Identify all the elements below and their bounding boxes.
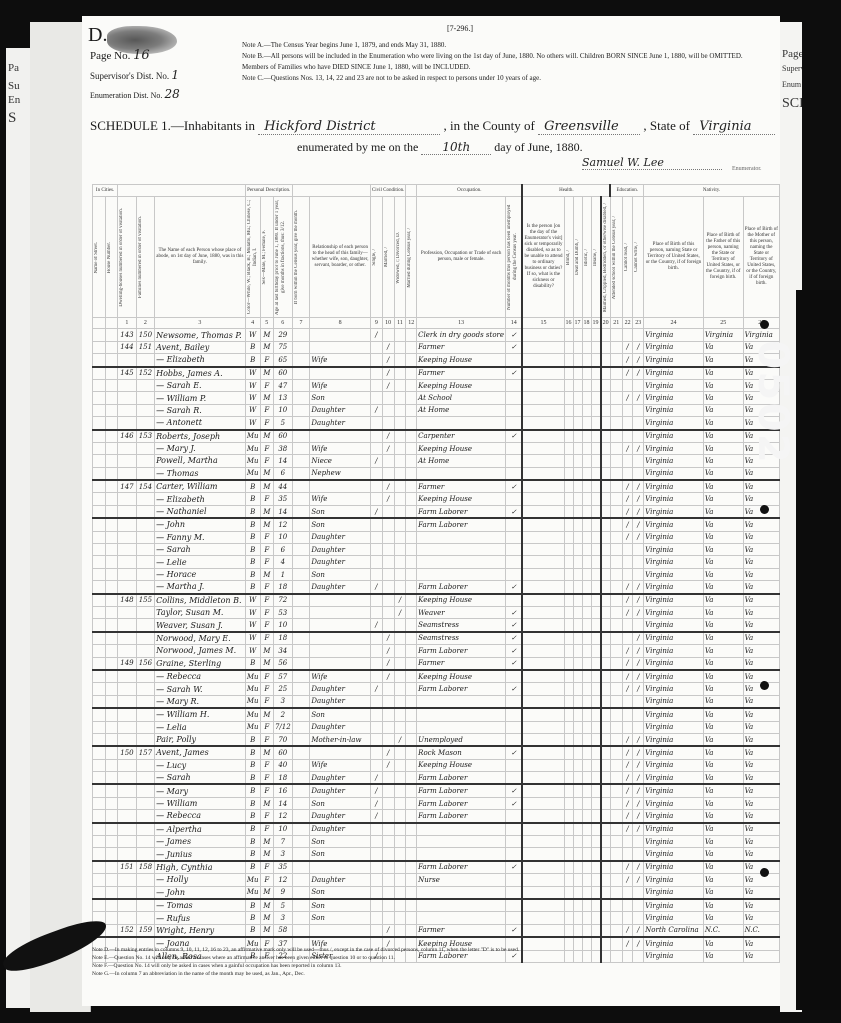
empty-cell	[105, 518, 118, 531]
cell-c11	[394, 544, 406, 556]
cell-c23	[633, 556, 644, 568]
cell-age: 65	[273, 354, 292, 367]
empty-cell	[105, 544, 118, 556]
empty-cell	[522, 379, 564, 391]
cell-sex: F	[260, 606, 273, 618]
empty-cell	[582, 417, 591, 430]
empty-cell	[105, 594, 118, 607]
cell-c23	[633, 329, 644, 341]
cell-b: Virginia	[644, 379, 704, 391]
cell-c11	[394, 784, 406, 797]
cell-bm: Va	[743, 721, 779, 733]
cell-age: 29	[273, 329, 292, 341]
cell-dw: 152	[118, 924, 136, 937]
cell-name: — Sarah	[155, 772, 246, 785]
cell-name: Wright, Henry	[155, 924, 246, 937]
empty-cell	[573, 606, 582, 618]
cell-b: Virginia	[644, 810, 704, 823]
cell-b: Virginia	[644, 848, 704, 861]
empty-cell	[573, 657, 582, 670]
cell-bf: Va	[703, 772, 743, 785]
empty-cell	[406, 657, 417, 670]
empty-cell	[573, 505, 582, 518]
cell-sex: M	[260, 924, 273, 937]
cell-dw	[118, 772, 136, 785]
empty-cell	[591, 581, 601, 594]
cell-c11	[394, 683, 406, 695]
cell-c9: /	[370, 619, 382, 632]
column-number	[93, 318, 106, 329]
cell-name: — Sarah	[155, 544, 246, 556]
cell-fam	[136, 899, 154, 912]
empty-cell	[522, 797, 564, 809]
cell-fam	[136, 810, 154, 823]
cell-bm: Va	[743, 886, 779, 899]
empty-cell	[610, 379, 622, 391]
empty-cell	[406, 379, 417, 391]
cell-name: — Rufus	[155, 912, 246, 924]
empty-cell	[591, 695, 601, 708]
empty-cell	[573, 493, 582, 505]
cell-c23: /	[633, 518, 644, 531]
cell-bm: Va	[743, 695, 779, 708]
cell-fam	[136, 404, 154, 416]
cell-color: B	[245, 556, 260, 568]
cell-c10: /	[382, 379, 394, 391]
cell-bf: Va	[703, 493, 743, 505]
table-row: Weaver, Susan J.WF10/Seamstress✓Virginia…	[93, 619, 780, 632]
empty-cell	[93, 329, 106, 341]
cell-c9	[370, 670, 382, 683]
empty-cell	[105, 772, 118, 785]
empty-cell	[591, 354, 601, 367]
cell-age: 3	[273, 695, 292, 708]
empty-cell	[573, 733, 582, 746]
cell-c14: ✓	[506, 505, 523, 518]
cell-name: Graine, Sterling	[155, 657, 246, 670]
cell-occ: Farm Laborer	[417, 797, 506, 809]
empty-cell	[93, 874, 106, 886]
left-peek-text: S	[8, 110, 16, 127]
cell-sex: F	[260, 874, 273, 886]
empty-cell	[292, 531, 310, 543]
empty-cell	[406, 861, 417, 874]
empty-cell	[601, 708, 611, 721]
cell-c9: /	[370, 581, 382, 594]
empty-cell	[601, 480, 611, 493]
empty-cell	[522, 354, 564, 367]
cell-name: — Tomas	[155, 899, 246, 912]
empty-cell	[582, 404, 591, 416]
cell-c23: /	[633, 392, 644, 404]
empty-cell	[564, 329, 573, 341]
empty-cell	[591, 341, 601, 353]
cell-age: 13	[273, 392, 292, 404]
cell-c14: ✓	[506, 746, 523, 759]
cell-b: Virginia	[644, 861, 704, 874]
cell-sex: M	[260, 746, 273, 759]
cell-c22: /	[622, 392, 633, 404]
empty-cell	[292, 379, 310, 391]
cell-sex: F	[260, 442, 273, 454]
cell-c10: /	[382, 645, 394, 657]
note-c: Note C.—Questions Nos. 13, 14, 22 and 23…	[242, 73, 762, 84]
cell-c10: /	[382, 632, 394, 645]
cell-color: B	[245, 759, 260, 771]
empty-cell	[582, 556, 591, 568]
empty-cell	[292, 392, 310, 404]
cell-dw: 144	[118, 341, 136, 353]
cell-c22: /	[622, 759, 633, 771]
cell-dw	[118, 708, 136, 721]
column-header: Idiotic, /	[582, 197, 591, 318]
empty-cell	[406, 683, 417, 695]
cell-occ	[417, 695, 506, 708]
cell-age: 18	[273, 772, 292, 785]
cell-c9	[370, 531, 382, 543]
cell-bf: Va	[703, 695, 743, 708]
empty-cell	[105, 683, 118, 695]
empty-cell	[93, 379, 106, 391]
empty-cell	[591, 683, 601, 695]
schedule-title: SCHEDULE 1.—Inhabitants in Hickford Dist…	[90, 118, 775, 135]
cell-c23	[633, 430, 644, 443]
table-row: — MaryBF16Daughter/Farm Laborer✓//Virgin…	[93, 784, 780, 797]
empty-cell	[406, 354, 417, 367]
cell-c10	[382, 810, 394, 823]
cell-sex: M	[260, 467, 273, 480]
empty-cell	[591, 708, 601, 721]
empty-cell	[610, 797, 622, 809]
cell-age: 35	[273, 493, 292, 505]
cell-bf: Va	[703, 354, 743, 367]
cell-c14	[506, 442, 523, 454]
cell-c10	[382, 518, 394, 531]
cell-bf: Va	[703, 733, 743, 746]
empty-cell	[591, 912, 601, 924]
table-row: — Martha J.BF18Daughter/Farm Laborer✓//V…	[93, 581, 780, 594]
column-number: 12	[406, 318, 417, 329]
empty-cell	[105, 733, 118, 746]
empty-cell	[582, 924, 591, 937]
empty-cell	[522, 645, 564, 657]
cell-fam	[136, 442, 154, 454]
empty-cell	[93, 784, 106, 797]
cell-c11	[394, 430, 406, 443]
cell-color: Mu	[245, 683, 260, 695]
reel-number: 0502	[749, 340, 798, 465]
empty-cell	[582, 341, 591, 353]
column-header: Profession, Occupation or Trade of each …	[417, 197, 506, 318]
empty-cell	[591, 367, 601, 380]
cell-name: Norwood, Mary E.	[155, 632, 246, 645]
cell-c23: /	[633, 861, 644, 874]
cell-c9: /	[370, 683, 382, 695]
empty-cell	[105, 836, 118, 848]
group-header-nativity: Nativity.	[644, 185, 780, 197]
cell-color: Mu	[245, 455, 260, 467]
cell-fam: 155	[136, 594, 154, 607]
table-row: — William H.MuM2SonVirginiaVaVa	[93, 708, 780, 721]
cell-c11	[394, 797, 406, 809]
cell-bm: Va	[743, 544, 779, 556]
cell-rel	[310, 645, 371, 657]
cell-b: Virginia	[644, 430, 704, 443]
cell-age: 14	[273, 797, 292, 809]
cell-age: 53	[273, 606, 292, 618]
cell-c22: /	[622, 531, 633, 543]
cell-b: Virginia	[644, 467, 704, 480]
cell-bf: Va	[703, 392, 743, 404]
table-row: — Sarah W.MuF25Daughter/Farm Laborer✓//V…	[93, 683, 780, 695]
page-number-value: 16	[133, 48, 150, 63]
empty-cell	[93, 746, 106, 759]
cell-fam	[136, 683, 154, 695]
empty-cell	[292, 670, 310, 683]
cell-c23	[633, 455, 644, 467]
cell-rel: Daughter	[310, 810, 371, 823]
empty-cell	[564, 797, 573, 809]
cell-sex: M	[260, 657, 273, 670]
empty-cell	[93, 886, 106, 899]
cell-c11	[394, 417, 406, 430]
cell-name: Weaver, Susan J.	[155, 619, 246, 632]
cell-name: — Alpertha	[155, 823, 246, 836]
table-row: — JohnMuM9SonVirginiaVaVa	[93, 886, 780, 899]
cell-c14: ✓	[506, 924, 523, 937]
cell-sex: M	[260, 505, 273, 518]
empty-cell	[582, 467, 591, 480]
cell-occ: Keeping House	[417, 379, 506, 391]
cell-b: Virginia	[644, 695, 704, 708]
empty-cell	[406, 886, 417, 899]
column-header: Name of Street.	[93, 197, 106, 318]
cell-b: Virginia	[644, 556, 704, 568]
empty-cell	[582, 823, 591, 836]
cell-c22: /	[622, 797, 633, 809]
cell-color: W	[245, 404, 260, 416]
empty-cell	[573, 442, 582, 454]
cell-age: 72	[273, 594, 292, 607]
cell-sex: F	[260, 823, 273, 836]
cell-c14: ✓	[506, 606, 523, 618]
cell-name: — Rebecca	[155, 810, 246, 823]
empty-cell	[573, 823, 582, 836]
cell-bm: Va	[743, 568, 779, 580]
empty-cell	[105, 924, 118, 937]
empty-cell	[406, 404, 417, 416]
table-row: — Mary R.MuF3DaughterVirginiaVaVa	[93, 695, 780, 708]
column-header: Married, /	[382, 197, 394, 318]
cell-b: Virginia	[644, 354, 704, 367]
empty-cell	[591, 392, 601, 404]
column-header: Age at last birthday prior to June 1, 18…	[273, 197, 292, 318]
empty-cell	[522, 581, 564, 594]
cell-c23: /	[633, 810, 644, 823]
cell-rel	[310, 861, 371, 874]
empty-cell	[564, 594, 573, 607]
empty-cell	[591, 594, 601, 607]
cell-sex: M	[260, 367, 273, 380]
empty-cell	[573, 518, 582, 531]
cell-c23: /	[633, 874, 644, 886]
empty-cell	[406, 581, 417, 594]
empty-cell	[105, 695, 118, 708]
cell-fam	[136, 417, 154, 430]
empty-cell	[93, 341, 106, 353]
cell-b: Virginia	[644, 455, 704, 467]
empty-cell	[582, 733, 591, 746]
empty-cell	[591, 329, 601, 341]
cell-b: Virginia	[644, 772, 704, 785]
empty-cell	[610, 556, 622, 568]
empty-cell	[601, 404, 611, 416]
empty-cell	[564, 899, 573, 912]
empty-cell	[292, 810, 310, 823]
cell-rel: Daughter	[310, 556, 371, 568]
cell-c11	[394, 354, 406, 367]
empty-cell	[564, 467, 573, 480]
cell-c23	[633, 695, 644, 708]
cell-c14	[506, 544, 523, 556]
empty-cell	[610, 784, 622, 797]
cell-fam	[136, 581, 154, 594]
empty-cell	[522, 392, 564, 404]
cell-bf: Va	[703, 797, 743, 809]
cell-occ	[417, 568, 506, 580]
empty-cell	[573, 392, 582, 404]
empty-cell	[591, 848, 601, 861]
empty-cell	[601, 695, 611, 708]
empty-cell	[105, 848, 118, 861]
cell-c9	[370, 594, 382, 607]
empty-cell	[573, 404, 582, 416]
cell-color: Mu	[245, 467, 260, 480]
cell-c23: /	[633, 924, 644, 937]
empty-cell	[406, 556, 417, 568]
empty-cell	[610, 721, 622, 733]
empty-cell	[406, 924, 417, 937]
cell-age: 10	[273, 404, 292, 416]
empty-cell	[522, 568, 564, 580]
empty-cell	[564, 544, 573, 556]
cell-occ	[417, 721, 506, 733]
cell-bm: Va	[743, 746, 779, 759]
empty-cell	[522, 367, 564, 380]
empty-cell	[522, 708, 564, 721]
cell-c22	[622, 568, 633, 580]
cell-c9: /	[370, 784, 382, 797]
cell-age: 60	[273, 746, 292, 759]
column-number: 25	[703, 318, 743, 329]
cell-color: B	[245, 836, 260, 848]
cell-age: 6	[273, 544, 292, 556]
cell-sex: M	[260, 645, 273, 657]
cell-color: B	[245, 797, 260, 809]
empty-cell	[93, 594, 106, 607]
empty-cell	[564, 367, 573, 380]
cell-sex: F	[260, 733, 273, 746]
cell-bm: Va	[743, 581, 779, 594]
cell-color: Mu	[245, 874, 260, 886]
empty-cell	[591, 556, 601, 568]
empty-cell	[406, 518, 417, 531]
cell-age: 12	[273, 518, 292, 531]
empty-cell	[564, 341, 573, 353]
cell-age: 75	[273, 341, 292, 353]
cell-fam	[136, 708, 154, 721]
table-row: — Fanny M.BF10Daughter//VirginiaVaVa	[93, 531, 780, 543]
cell-c14	[506, 759, 523, 771]
cell-dw: 150	[118, 746, 136, 759]
cell-rel: Son	[310, 912, 371, 924]
empty-cell	[610, 899, 622, 912]
cell-bm: Va	[743, 531, 779, 543]
cell-c11	[394, 442, 406, 454]
empty-cell	[610, 695, 622, 708]
cell-bm: Va	[743, 810, 779, 823]
table-row: 151158High, CynthiaBF35Farm Laborer✓//Vi…	[93, 861, 780, 874]
cell-c22: /	[622, 874, 633, 886]
table-row: — ElizabethBF65Wife/Keeping House//Virgi…	[93, 354, 780, 367]
cell-sex: F	[260, 861, 273, 874]
empty-cell	[93, 531, 106, 543]
empty-cell	[610, 455, 622, 467]
empty-cell	[610, 670, 622, 683]
cell-fam	[136, 568, 154, 580]
empty-cell	[105, 810, 118, 823]
empty-cell	[573, 861, 582, 874]
empty-cell	[292, 594, 310, 607]
cell-bf: Va	[703, 746, 743, 759]
cell-age: 56	[273, 657, 292, 670]
empty-cell	[564, 531, 573, 543]
cell-c11	[394, 657, 406, 670]
table-row: Taylor, Susan M.WF53/Weaver✓//VirginiaVa…	[93, 606, 780, 618]
empty-cell	[601, 341, 611, 353]
empty-cell	[573, 581, 582, 594]
column-number: 20	[601, 318, 611, 329]
empty-cell	[105, 645, 118, 657]
cell-name: — James	[155, 836, 246, 848]
empty-cell	[564, 455, 573, 467]
cell-c9	[370, 924, 382, 937]
cell-c10: /	[382, 493, 394, 505]
empty-cell	[292, 518, 310, 531]
cell-occ: Farmer	[417, 341, 506, 353]
empty-cell	[582, 912, 591, 924]
cell-c22	[622, 544, 633, 556]
cell-dw	[118, 797, 136, 809]
cell-c22: /	[622, 645, 633, 657]
cell-c14: ✓	[506, 683, 523, 695]
cell-fam	[136, 886, 154, 899]
empty-cell	[292, 823, 310, 836]
cell-c14	[506, 379, 523, 391]
cell-c22: /	[622, 683, 633, 695]
cell-c14	[506, 874, 523, 886]
cell-c11	[394, 695, 406, 708]
empty-cell	[601, 455, 611, 467]
empty-cell	[591, 797, 601, 809]
empty-cell	[292, 493, 310, 505]
empty-cell	[406, 341, 417, 353]
cell-b: Virginia	[644, 341, 704, 353]
cell-rel	[310, 619, 371, 632]
empty-cell	[406, 480, 417, 493]
empty-cell	[601, 784, 611, 797]
empty-cell	[610, 568, 622, 580]
